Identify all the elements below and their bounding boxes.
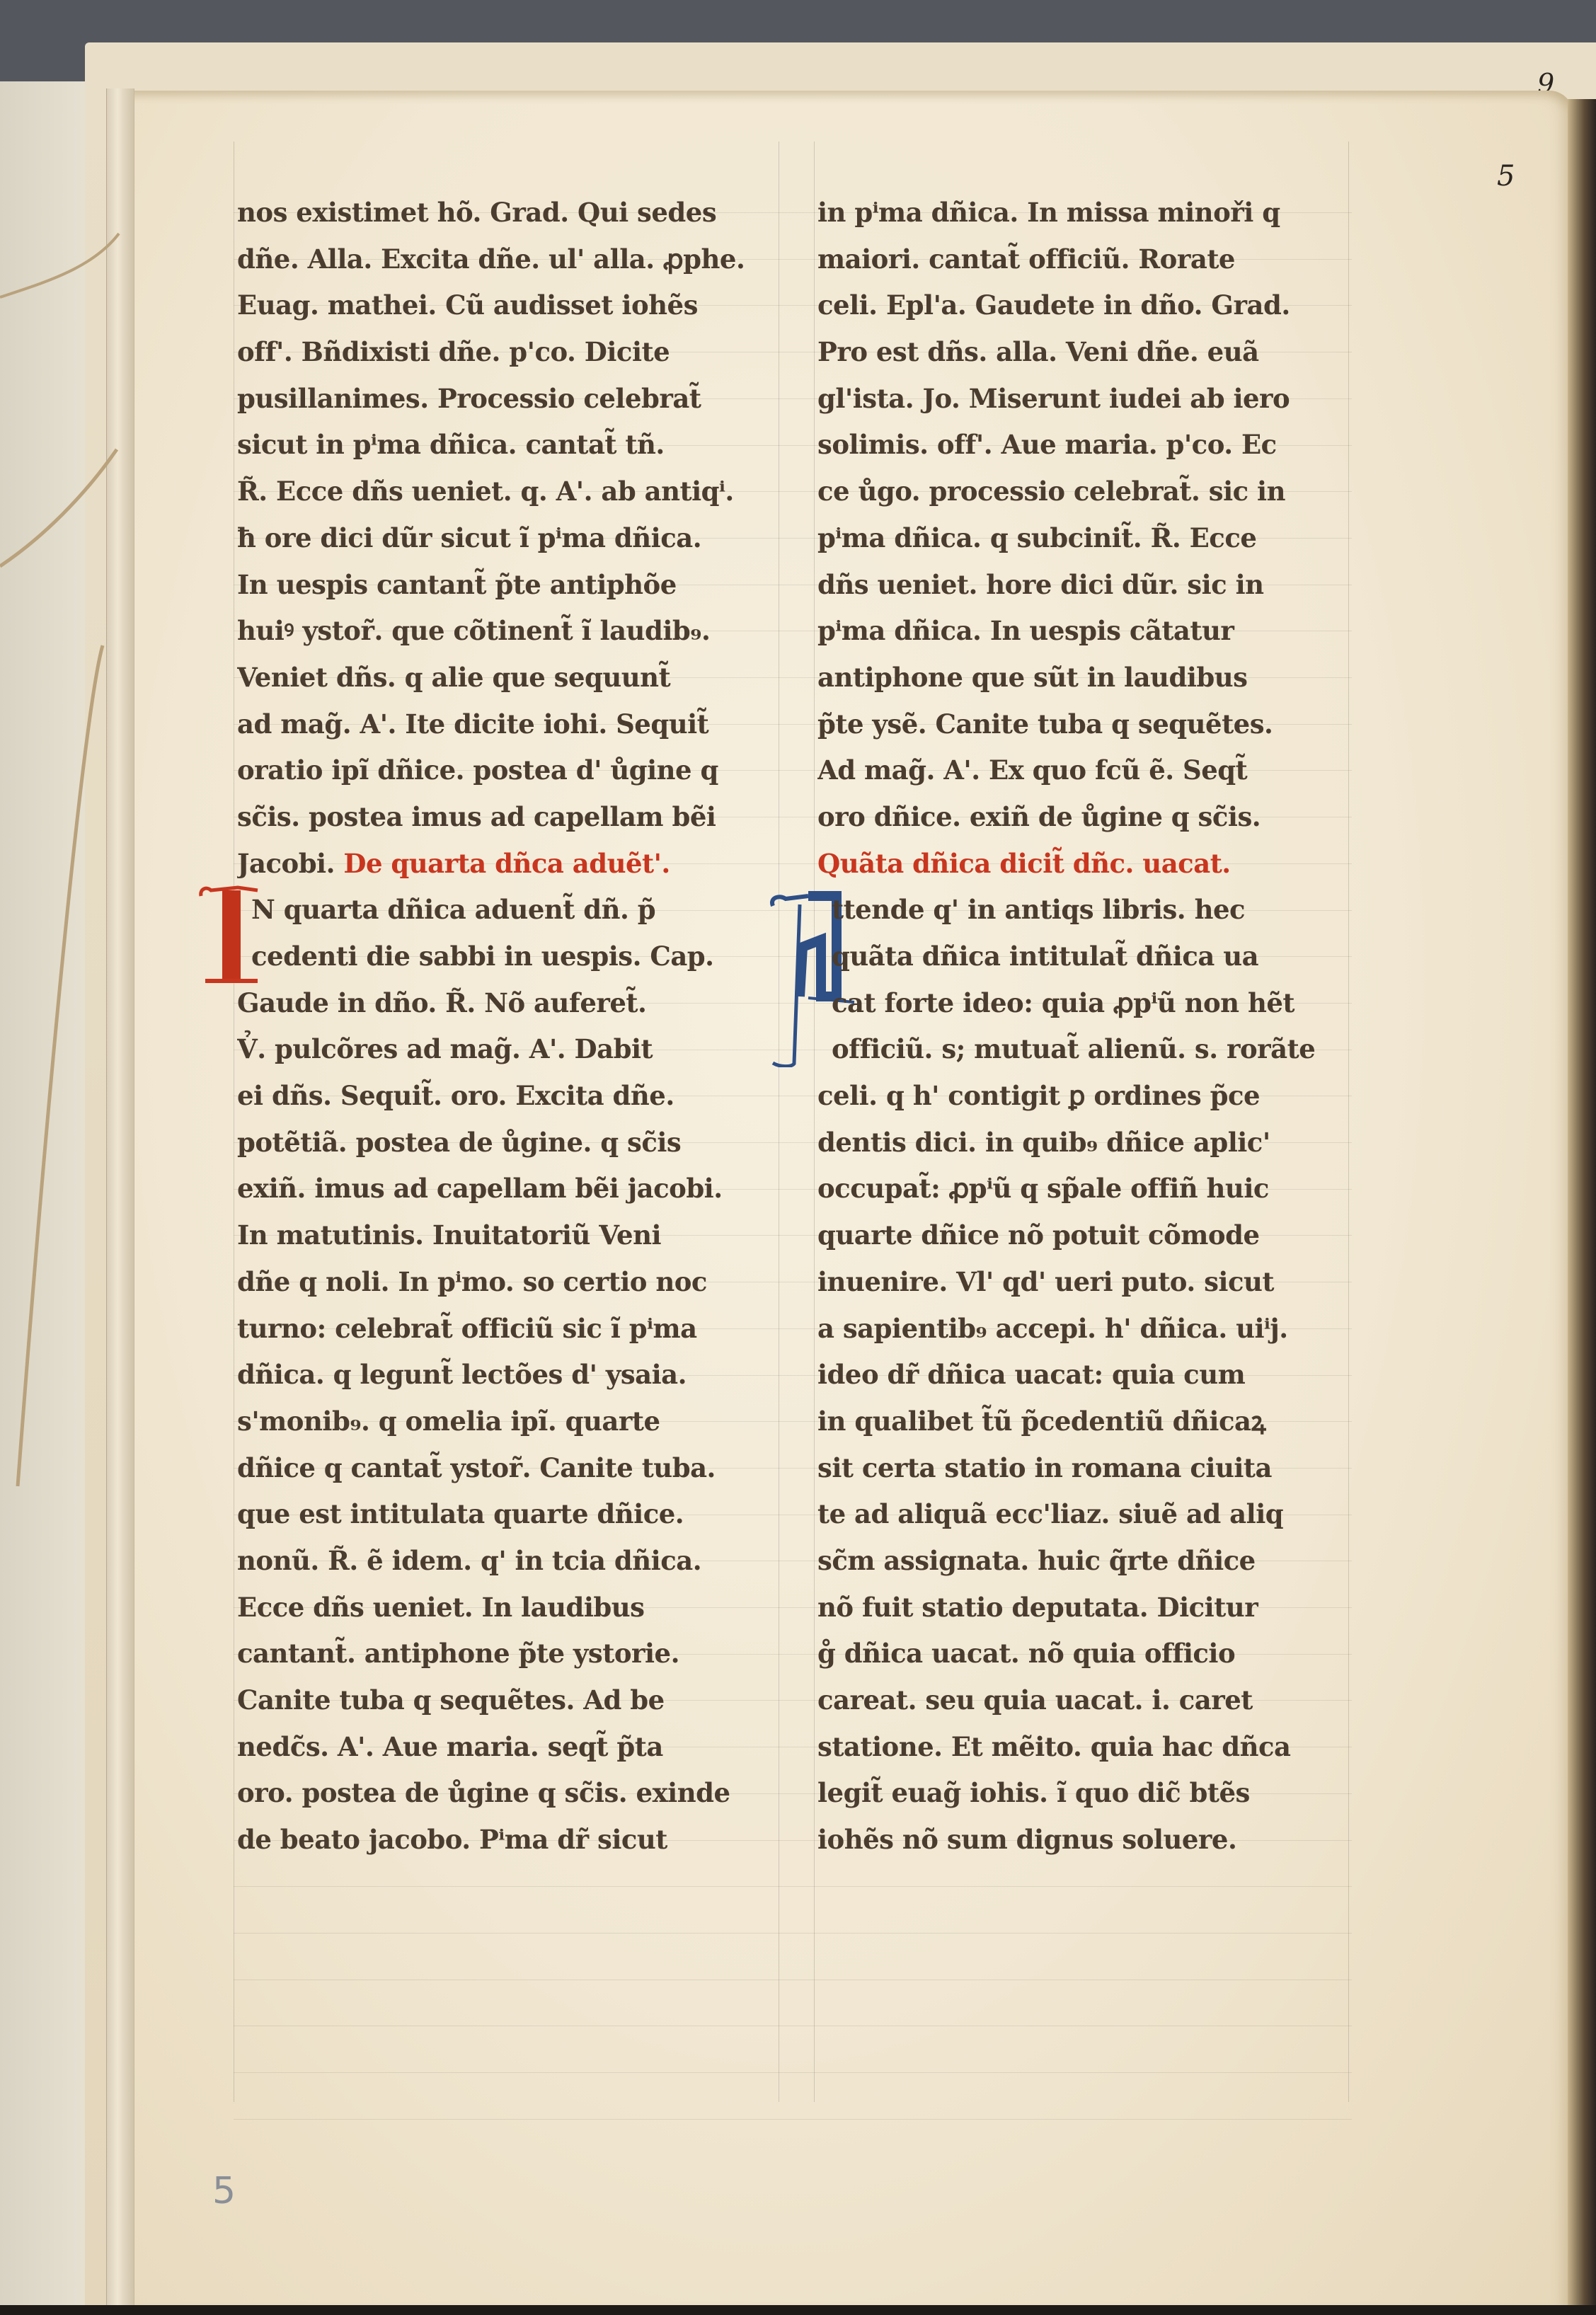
- text-line-content: N quarta dñica aduent̃ dñ. p̃: [251, 894, 655, 925]
- text-line: solimis. off'. Aue maria. p'co. Ec: [817, 422, 1355, 469]
- text-line: sc̃m assignata. huic q̃rte dñice: [817, 1538, 1355, 1585]
- ruling-line: [234, 2119, 1352, 2120]
- text-line-content: potẽtiã. postea de ůgine. q sc̃is: [237, 1127, 681, 1158]
- text-line-content: s'monib₉. q omelia ipĩ. quarte: [237, 1406, 660, 1437]
- text-line-content: a sapientib₉ accepi. h' dñica. uiⁱj.: [817, 1313, 1288, 1344]
- book-edge: [1568, 99, 1596, 2315]
- text-line: de beato jacobo. Pⁱma dr̃ sicut: [237, 1817, 775, 1863]
- text-line-content: oro dñice. exiñ de ůgine q sc̃is.: [817, 801, 1261, 832]
- text-line-content: officiũ. s; mutuat̃ alienũ. s. rorãte: [832, 1033, 1315, 1064]
- text-line-content: Euag. mathei. Cũ audisset iohẽs: [237, 289, 698, 321]
- text-line-content: que est intitulata quarte dñice.: [237, 1498, 684, 1529]
- text-line: dñice q cantat̃ ystor̃. Canite tuba.: [237, 1445, 775, 1492]
- binding-thread-icon: [0, 0, 142, 1557]
- text-line-content: Pro est dñs. alla. Veni dñe. euã: [817, 336, 1259, 367]
- text-line-content: cedenti die sabbi in uespis. Cap.: [251, 941, 714, 972]
- text-line-content: dentis dici. in quib₉ dñice aplic': [817, 1127, 1270, 1158]
- text-line-content: legit̃ euag̃ iohis. ĩ quo dic̃ btẽs: [817, 1777, 1250, 1808]
- text-line: inuenire. Vl' qd' ueri puto. sicut: [817, 1259, 1355, 1306]
- bottom-shadow: [0, 2305, 1596, 2315]
- text-line: gl'ista. Jo. Miserunt iudei ab iero: [817, 376, 1355, 423]
- text-line-content: dñs ueniet. hore dici dũr. sic in: [817, 569, 1264, 600]
- text-line-content: sc̃m assignata. huic q̃rte dñice: [817, 1545, 1256, 1576]
- text-line-content: ei dñs. Sequit̃. oro. Excita dñe.: [237, 1080, 674, 1111]
- text-line-content: ad mag̃. A'. Ite dicite iohi. Sequit̃: [237, 708, 708, 740]
- text-line-content: inuenire. Vl' qd' ueri puto. sicut: [817, 1266, 1274, 1297]
- text-line: s'monib₉. q omelia ipĩ. quarte: [237, 1398, 775, 1445]
- text-line: V̉. pulcõres ad mag̃. A'. Dabit: [237, 1026, 775, 1073]
- text-line: nonũ. R̃. ẽ idem. q' in tcia dñica.: [237, 1538, 775, 1585]
- text-line: pusillanimes. Processio celebrat̃: [237, 376, 775, 423]
- ruling-line: [814, 142, 815, 2102]
- text-line-content: Gaude in dño. R̃. Nõ auferet̃.: [237, 987, 646, 1018]
- text-line: dñs ueniet. hore dici dũr. sic in: [817, 562, 1355, 609]
- text-line: Canite tuba q sequẽtes. Ad be: [237, 1677, 775, 1724]
- text-line-content: de beato jacobo. Pⁱma dr̃ sicut: [237, 1824, 667, 1855]
- text-line-content: g̊ dñica uacat. nõ quia officio: [817, 1638, 1235, 1669]
- text-line-content: celi. q h' contigit ꝑ ordines p̃ce: [817, 1080, 1260, 1111]
- text-line: sicut in pⁱma dñica. cantat̃ tñ.: [237, 422, 775, 469]
- text-line-content: Ad mag̃. A'. Ex quo fcũ ẽ. Seqt̃: [817, 754, 1247, 786]
- text-line: oro. postea de ůgine q sc̃is. exinde: [237, 1770, 775, 1817]
- ruling-line: [234, 2072, 1352, 2073]
- text-line: cat forte ideo: quia ꝓpⁱũ non hẽt: [817, 980, 1355, 1027]
- text-line: nedc̃s. A'. Aue maria. seqt̃ p̃ta: [237, 1724, 775, 1771]
- text-line-content: off'. Bñdixisti dñe. p'co. Dicite: [237, 336, 670, 367]
- text-line: turno: celebrat̃ officiũ sic ĩ pⁱma: [237, 1306, 775, 1352]
- text-line-content: oro. postea de ůgine q sc̃is. exinde: [237, 1777, 730, 1808]
- text-line: Ad mag̃. A'. Ex quo fcũ ẽ. Seqt̃: [817, 747, 1355, 794]
- text-line-content: ttende q' in antiqs libris. hec: [832, 894, 1245, 925]
- text-line: ei dñs. Sequit̃. oro. Excita dñe.: [237, 1073, 775, 1120]
- folio-number-ink: 5: [1497, 160, 1515, 193]
- text-line: dñe q noli. In pⁱmo. so certio noc: [237, 1259, 775, 1306]
- text-line: cedenti die sabbi in uespis. Cap.: [237, 934, 775, 980]
- rubric-heading: De quarta dñca aduẽt'.: [335, 848, 670, 879]
- text-line-content: careat. seu quia uacat. i. caret: [817, 1684, 1253, 1716]
- text-line-content: p̃te ysẽ. Canite tuba q sequẽtes.: [817, 708, 1273, 740]
- text-line-content: in qualibet t̃ũ p̃cedentiũ dñicaꝝ: [817, 1406, 1265, 1437]
- text-line: p̃te ysẽ. Canite tuba q sequẽtes.: [817, 701, 1355, 748]
- text-line-content: V̉. pulcõres ad mag̃. A'. Dabit: [237, 1033, 653, 1064]
- text-line-content: nonũ. R̃. ẽ idem. q' in tcia dñica.: [237, 1545, 701, 1576]
- ruling-line: [234, 142, 234, 2102]
- right-text-column: in pⁱma dñica. In missa minoři qmaiori. …: [817, 190, 1355, 1863]
- text-line: nos existimet hõ. Grad. Qui sedes: [237, 190, 775, 236]
- text-line-content: quãta dñica intitulat̃ dñica ua: [832, 941, 1258, 972]
- text-line: ce ůgo. processio celebrat̃. sic in: [817, 469, 1355, 515]
- text-line: sit certa statio in romana ciuita: [817, 1445, 1355, 1492]
- text-line-content: cantant̃. antiphone p̃te ystorie.: [237, 1638, 679, 1669]
- text-line-content: antiphone que sũt in laudibus: [817, 662, 1248, 693]
- text-line-content: ce ůgo. processio celebrat̃. sic in: [817, 476, 1285, 507]
- text-line-content: Jacobi.: [237, 848, 335, 879]
- text-line: sc̃is. postea imus ad capellam bẽi: [237, 794, 775, 841]
- ruling-line: [234, 1933, 1352, 1934]
- text-line-content: nõ fuit statio deputata. Dicitur: [817, 1592, 1258, 1623]
- text-line: statione. Et mẽito. quia hac dñca: [817, 1724, 1355, 1771]
- text-line: que est intitulata quarte dñice.: [237, 1491, 775, 1538]
- text-line-content: dñice q cantat̃ ystor̃. Canite tuba.: [237, 1452, 716, 1483]
- text-line-content: In uespis cantant̃ p̃te antiphõe: [237, 569, 677, 600]
- text-line: pⁱma dñica. In uespis cãtatur: [817, 608, 1355, 655]
- text-line: Gaude in dño. R̃. Nõ auferet̃.: [237, 980, 775, 1027]
- ruling-line: [234, 1980, 1352, 1980]
- text-line-content: celi. Epl'a. Gaudete in dño. Grad.: [817, 289, 1290, 321]
- text-line: huiꝰ ystor̃. que cõtinent̃ ĩ laudib₉.: [237, 608, 775, 655]
- text-line-content: huiꝰ ystor̃. que cõtinent̃ ĩ laudib₉.: [237, 615, 710, 646]
- text-line-content: pusillanimes. Processio celebrat̃: [237, 383, 701, 414]
- text-line: ħ ore dici dũr sicut ĩ pⁱma dñica.: [237, 515, 775, 562]
- text-line-content: occupat̃: ꝓpⁱũ q sp̃ale offiñ huic: [817, 1173, 1269, 1204]
- text-line: exiñ. imus ad capellam bẽi jacobi.: [237, 1166, 775, 1212]
- text-line: ad mag̃. A'. Ite dicite iohi. Sequit̃: [237, 701, 775, 748]
- text-line-content: cat forte ideo: quia ꝓpⁱũ non hẽt: [832, 987, 1294, 1018]
- text-line: In matutinis. Inuitatoriũ Veni: [237, 1212, 775, 1259]
- text-line: oro dñice. exiñ de ůgine q sc̃is.: [817, 794, 1355, 841]
- text-line-content: oratio ipĩ dñice. postea d' ůgine q: [237, 754, 718, 786]
- text-line-content: in pⁱma dñica. In missa minoři q: [817, 197, 1280, 228]
- text-line-content: turno: celebrat̃ officiũ sic ĩ pⁱma: [237, 1313, 697, 1344]
- text-line-content: Veniet dñs. q alie que sequunt̃: [237, 662, 670, 693]
- text-line: oratio ipĩ dñice. postea d' ůgine q: [237, 747, 775, 794]
- text-line-content: quarte dñice nõ potuit cõmode: [817, 1219, 1260, 1251]
- text-line-content: Quãta dñica dicit̃ dñc. uacat.: [817, 848, 1231, 879]
- text-line: antiphone que sũt in laudibus: [817, 655, 1355, 701]
- text-line: maiori. cantat̃ officiũ. Rorate: [817, 236, 1355, 283]
- text-line-content: te ad aliquã ecc'liaz. siuẽ ad aliq: [817, 1498, 1283, 1529]
- ruling-line: [779, 142, 779, 2102]
- text-line-content: dñica. q legunt̃ lectões d' ysaia.: [237, 1359, 687, 1390]
- text-line: celi. Epl'a. Gaudete in dño. Grad.: [817, 282, 1355, 329]
- text-line-content: ideo dr̃ dñica uacat: quia cum: [817, 1359, 1245, 1390]
- text-line-content: statione. Et mẽito. quia hac dñca: [817, 1731, 1290, 1762]
- text-line: dentis dici. in quib₉ dñice aplic': [817, 1120, 1355, 1166]
- text-line: dñe. Alla. Excita dñe. ul' alla. ꝓphe.: [237, 236, 775, 283]
- text-line-content: pⁱma dñica. q subcinit̃. R̃. Ecce: [817, 522, 1256, 553]
- text-line-content: nos existimet hõ. Grad. Qui sedes: [237, 197, 716, 228]
- text-line: In uespis cantant̃ p̃te antiphõe: [237, 562, 775, 609]
- left-text-column: nos existimet hõ. Grad. Qui sedesdñe. Al…: [237, 190, 775, 1863]
- text-line-content: sc̃is. postea imus ad capellam bẽi: [237, 801, 716, 832]
- text-line-content: maiori. cantat̃ officiũ. Rorate: [817, 243, 1235, 275]
- text-line: Jacobi. De quarta dñca aduẽt'.: [237, 841, 775, 887]
- rubric-heading: Quãta dñica dicit̃ dñc. uacat.: [817, 841, 1355, 887]
- text-line-content: Ecce dñs ueniet. In laudibus: [237, 1592, 645, 1623]
- folio-number-pencil: 5: [212, 2170, 236, 2212]
- text-line: N quarta dñica aduent̃ dñ. p̃: [237, 887, 775, 934]
- text-line: potẽtiã. postea de ůgine. q sc̃is: [237, 1120, 775, 1166]
- text-line: occupat̃: ꝓpⁱũ q sp̃ale offiñ huic: [817, 1166, 1355, 1212]
- text-line: nõ fuit statio deputata. Dicitur: [817, 1585, 1355, 1631]
- ruling-line: [234, 2026, 1352, 2026]
- text-line-content: sit certa statio in romana ciuita: [817, 1452, 1272, 1483]
- text-line: Veniet dñs. q alie que sequunt̃: [237, 655, 775, 701]
- text-line: g̊ dñica uacat. nõ quia officio: [817, 1631, 1355, 1677]
- text-line: Ecce dñs ueniet. In laudibus: [237, 1585, 775, 1631]
- text-line: cantant̃. antiphone p̃te ystorie.: [237, 1631, 775, 1677]
- text-line-content: gl'ista. Jo. Miserunt iudei ab iero: [817, 383, 1290, 414]
- text-line: Pro est dñs. alla. Veni dñe. euã: [817, 329, 1355, 376]
- text-line: officiũ. s; mutuat̃ alienũ. s. rorãte: [817, 1026, 1355, 1073]
- text-line: quarte dñice nõ potuit cõmode: [817, 1212, 1355, 1259]
- text-line-content: ħ ore dici dũr sicut ĩ pⁱma dñica.: [237, 522, 701, 553]
- text-line-content: solimis. off'. Aue maria. p'co. Ec: [817, 429, 1277, 460]
- text-line: a sapientib₉ accepi. h' dñica. uiⁱj.: [817, 1306, 1355, 1352]
- text-line-content: In matutinis. Inuitatoriũ Veni: [237, 1219, 661, 1251]
- text-line: off'. Bñdixisti dñe. p'co. Dicite: [237, 329, 775, 376]
- text-line-content: Canite tuba q sequẽtes. Ad be: [237, 1684, 665, 1716]
- text-line: in qualibet t̃ũ p̃cedentiũ dñicaꝝ: [817, 1398, 1355, 1445]
- text-line: te ad aliquã ecc'liaz. siuẽ ad aliq: [817, 1491, 1355, 1538]
- text-line: Euag. mathei. Cũ audisset iohẽs: [237, 282, 775, 329]
- text-line-content: pⁱma dñica. In uespis cãtatur: [817, 615, 1234, 646]
- text-line-content: R̃. Ecce dñs ueniet. q. A'. ab antiqⁱ.: [237, 476, 734, 507]
- ruling-line: [234, 1886, 1352, 1887]
- text-line-content: iohẽs nõ sum dignus soluere.: [817, 1824, 1236, 1855]
- text-line-content: nedc̃s. A'. Aue maria. seqt̃ p̃ta: [237, 1731, 663, 1762]
- text-line: ideo dr̃ dñica uacat: quia cum: [817, 1352, 1355, 1398]
- text-line-content: dñe q noli. In pⁱmo. so certio noc: [237, 1266, 707, 1297]
- text-line: R̃. Ecce dñs ueniet. q. A'. ab antiqⁱ.: [237, 469, 775, 515]
- text-line: pⁱma dñica. q subcinit̃. R̃. Ecce: [817, 515, 1355, 562]
- text-line: ttende q' in antiqs libris. hec: [817, 887, 1355, 934]
- text-line: in pⁱma dñica. In missa minoři q: [817, 190, 1355, 236]
- text-line-content: exiñ. imus ad capellam bẽi jacobi.: [237, 1173, 723, 1204]
- text-line-content: dñe. Alla. Excita dñe. ul' alla. ꝓphe.: [237, 243, 745, 275]
- text-line: dñica. q legunt̃ lectões d' ysaia.: [237, 1352, 775, 1398]
- text-line: careat. seu quia uacat. i. caret: [817, 1677, 1355, 1724]
- text-line: quãta dñica intitulat̃ dñica ua: [817, 934, 1355, 980]
- text-line: iohẽs nõ sum dignus soluere.: [817, 1817, 1355, 1863]
- text-line: legit̃ euag̃ iohis. ĩ quo dic̃ btẽs: [817, 1770, 1355, 1817]
- text-line: celi. q h' contigit ꝑ ordines p̃ce: [817, 1073, 1355, 1120]
- text-line-content: sicut in pⁱma dñica. cantat̃ tñ.: [237, 429, 665, 460]
